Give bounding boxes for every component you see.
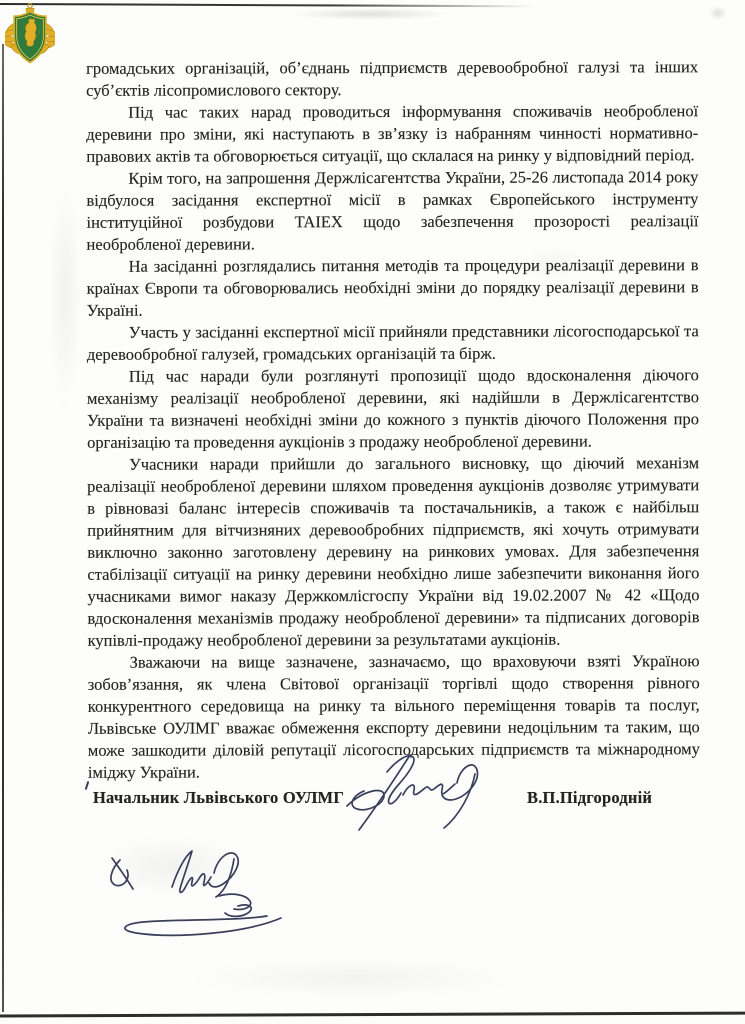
body-paragraph: Участь у засіданні експертної місії прий…: [87, 320, 699, 366]
scanned-document-page: громадських організацій, об’єднань підпр…: [0, 0, 745, 1024]
body-paragraph: Крім того, на запрошення Держлісагентств…: [86, 166, 698, 256]
body-paragraph: На засіданні розглядались питання методі…: [87, 254, 699, 322]
scan-smudge: [290, 8, 450, 20]
scan-artifact-top-edge: [0, 3, 535, 7]
body-paragraph: громадських організацій, об’єднань підпр…: [86, 56, 698, 102]
signatory-name: В.П.Підгородній: [527, 788, 652, 808]
forestry-emblem-icon: [5, 2, 55, 68]
body-paragraph: Під час таких нарад проводиться інформув…: [86, 100, 698, 168]
scan-smudge: [48, 180, 82, 410]
body-paragraph: Учасники наради прийшли до загального ви…: [87, 452, 700, 652]
handwritten-signature-2-icon: [88, 826, 320, 946]
letter-body: громадських організацій, об’єднань підпр…: [86, 56, 700, 784]
signatory-title: Начальник Львівського ОУЛМГ: [93, 788, 344, 808]
scan-artifact-bottom-edge: [0, 1012, 745, 1018]
scan-smudge: [709, 6, 727, 20]
handwritten-signature-icon: [337, 748, 515, 836]
pen-tick-artifact: [85, 781, 90, 790]
scan-artifact-left-edge: [2, 44, 4, 1012]
scan-smudge: [190, 958, 520, 998]
body-paragraph: Під час наради були розглянуті пропозиці…: [87, 364, 699, 454]
